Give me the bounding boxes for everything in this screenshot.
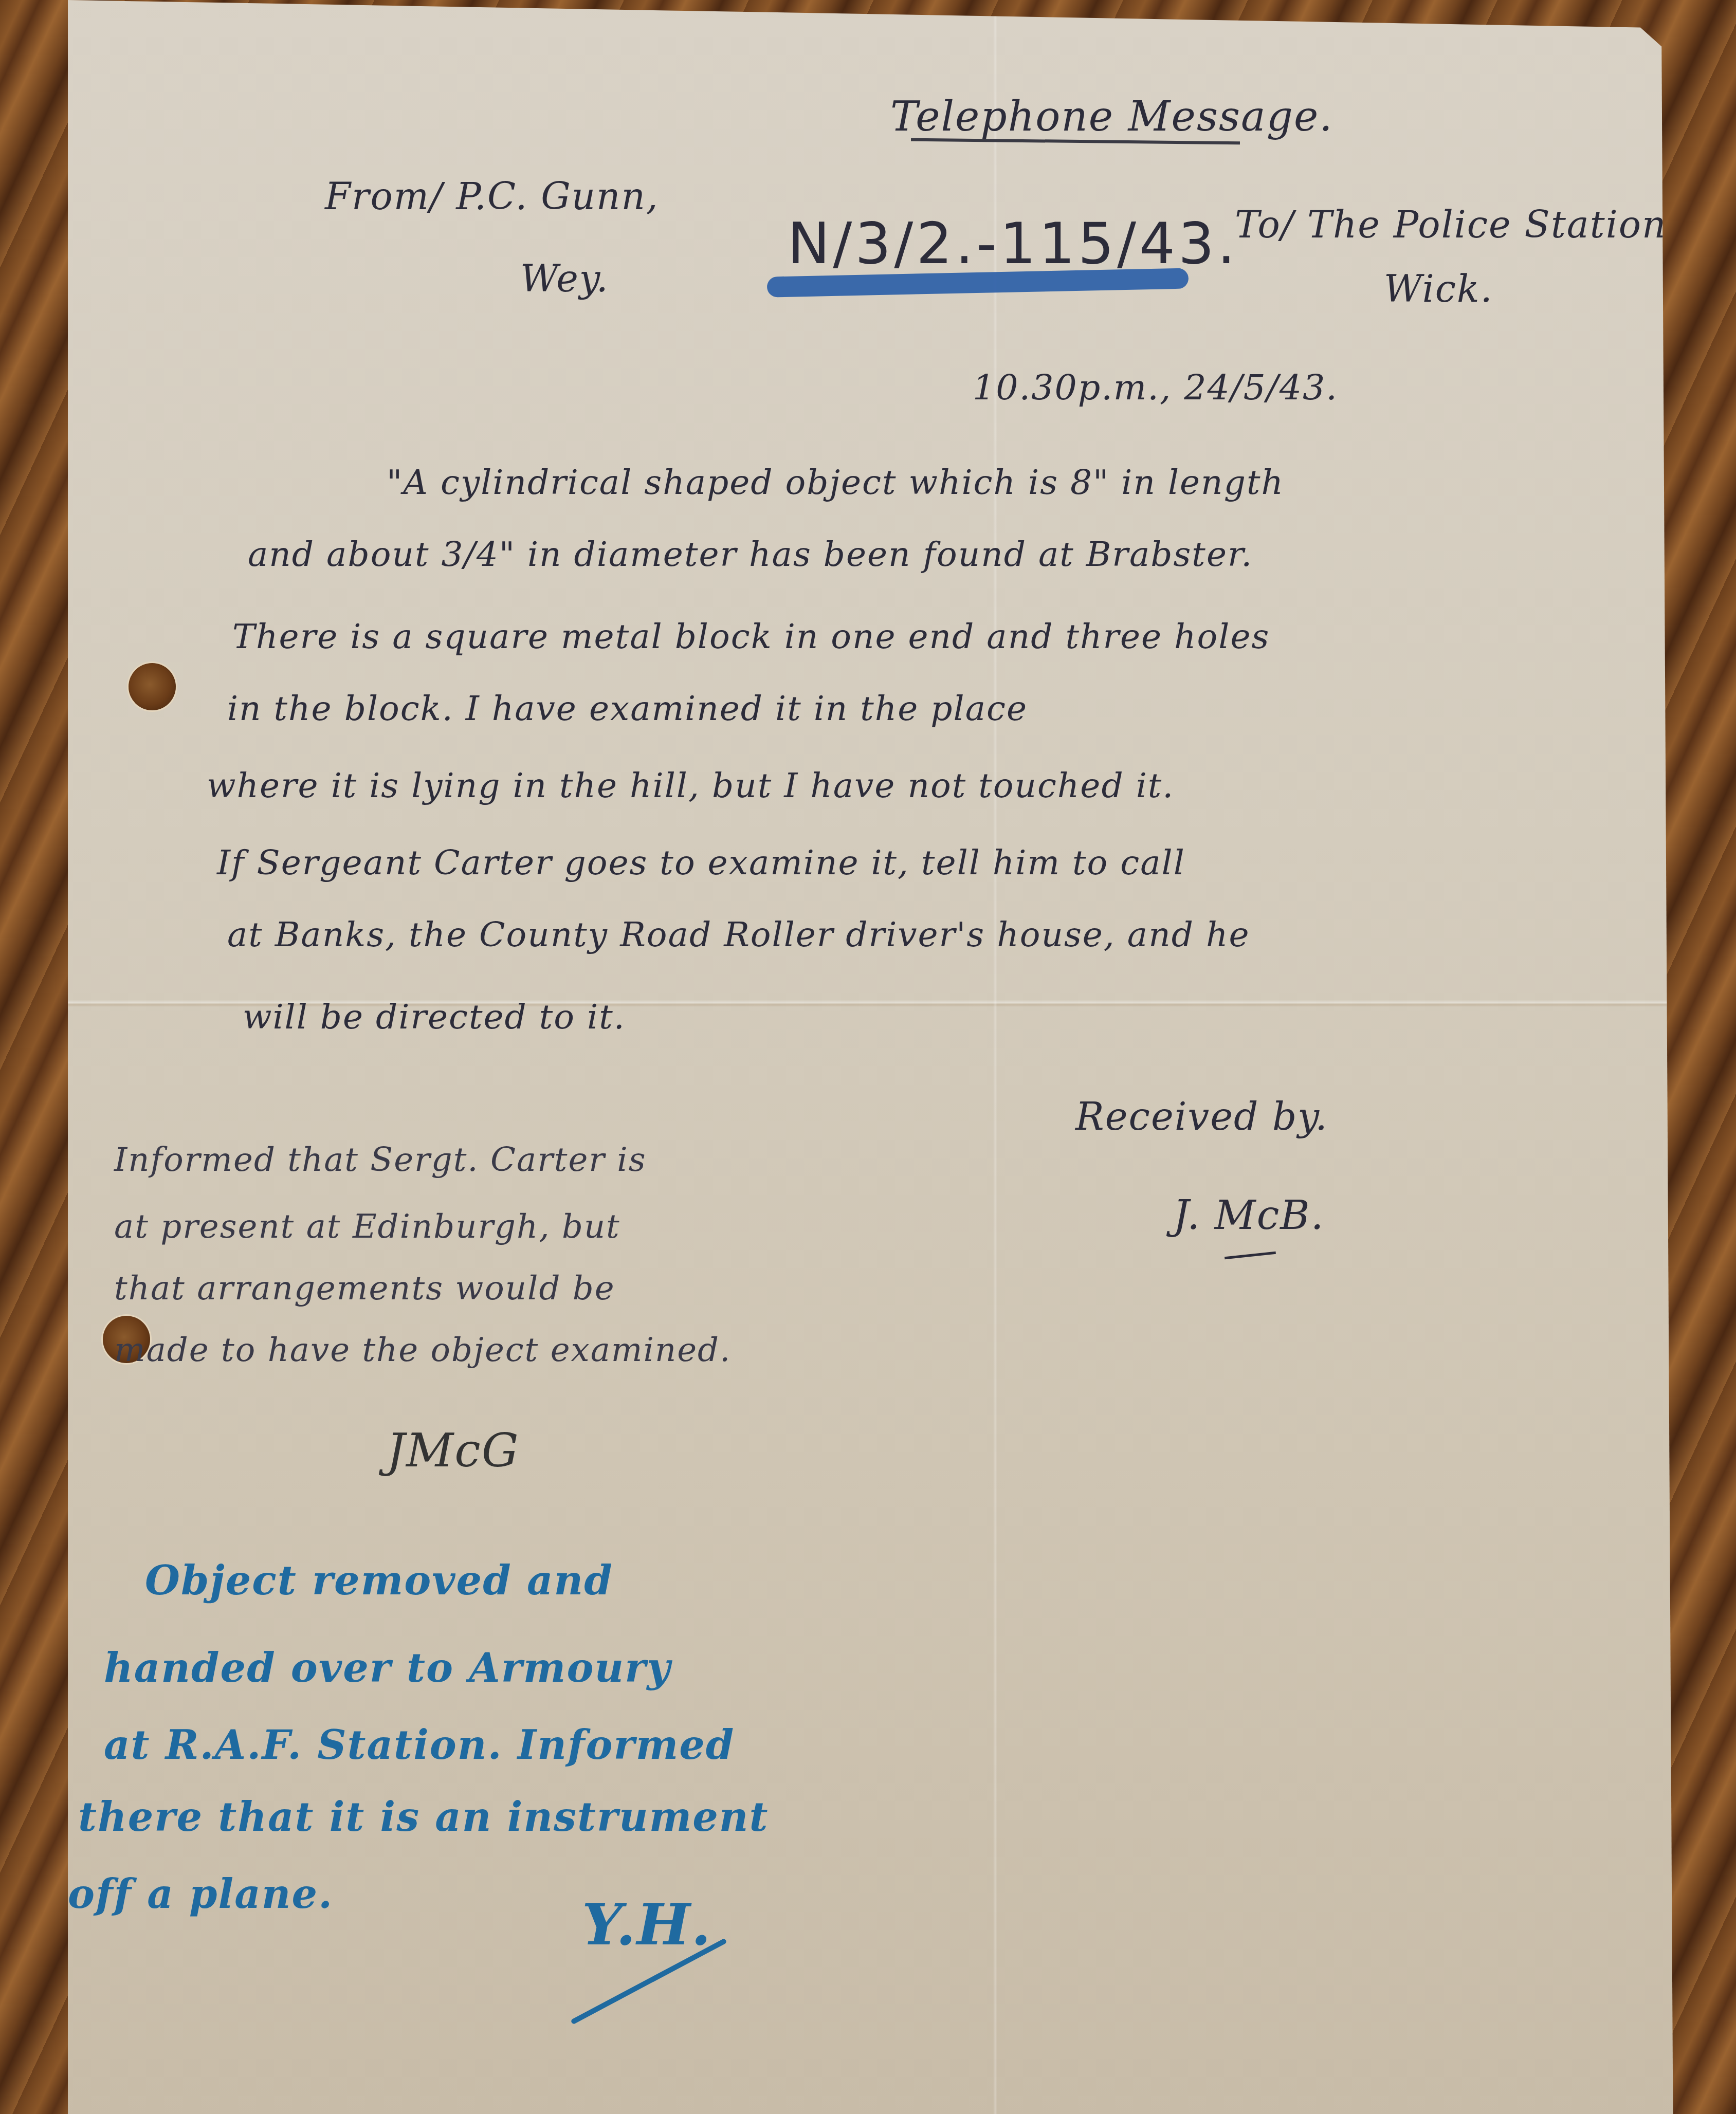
body-line: where it is lying in the hill, but I hav… [207, 766, 1174, 805]
signature-underline [1225, 1252, 1276, 1259]
received-by-label: Received by. [1075, 1095, 1328, 1139]
reply-note-signature: JMcG [387, 1424, 520, 1478]
body-line: and about 3/4" in diameter has been foun… [248, 535, 1253, 574]
document-sheet: Telephone Message. From/ P.C. Gunn, Wey.… [68, 0, 1697, 2114]
from-sender: From/ P.C. Gunn, [325, 175, 659, 218]
note-line: that arrangements would be [114, 1270, 615, 1308]
to-location: Wick. [1384, 267, 1493, 310]
from-location: Wey. [520, 257, 609, 300]
body-line: If Sergeant Carter goes to examine it, t… [217, 843, 1185, 883]
annotation-line: handed over to Armoury [104, 1645, 671, 1692]
received-by-signature: J. McB. [1173, 1192, 1324, 1239]
body-line: in the block. I have examined it in the … [227, 689, 1028, 728]
annotation-line: off a plane. [68, 1871, 333, 1918]
note-line: Informed that Sergt. Carter is [114, 1141, 647, 1179]
body-line: There is a square metal block in one end… [232, 617, 1270, 656]
annotation-line: Object removed and [145, 1557, 613, 1604]
document-title: Telephone Message. [890, 93, 1333, 140]
body-line: will be directed to it. [243, 997, 626, 1037]
body-line: at Banks, the County Road Roller driver'… [227, 915, 1250, 954]
vertical-fold-crease [993, 0, 997, 2114]
annotation-initials: Y.H. [582, 1891, 712, 1958]
punch-hole-upper [129, 663, 176, 710]
body-line: "A cylindrical shaped object which is 8"… [387, 463, 1284, 502]
annotation-line: at R.A.F. Station. Informed [104, 1722, 735, 1769]
note-line: made to have the object examined. [114, 1331, 731, 1369]
note-line: at present at Edinburgh, but [114, 1208, 620, 1246]
to-recipient: To/ The Police Station, [1235, 203, 1679, 246]
reference-number: N/3/2.-115/43. [788, 211, 1238, 277]
annotation-line: there that it is an instrument [78, 1794, 769, 1841]
message-datetime: 10.30p.m., 24/5/43. [973, 367, 1338, 408]
